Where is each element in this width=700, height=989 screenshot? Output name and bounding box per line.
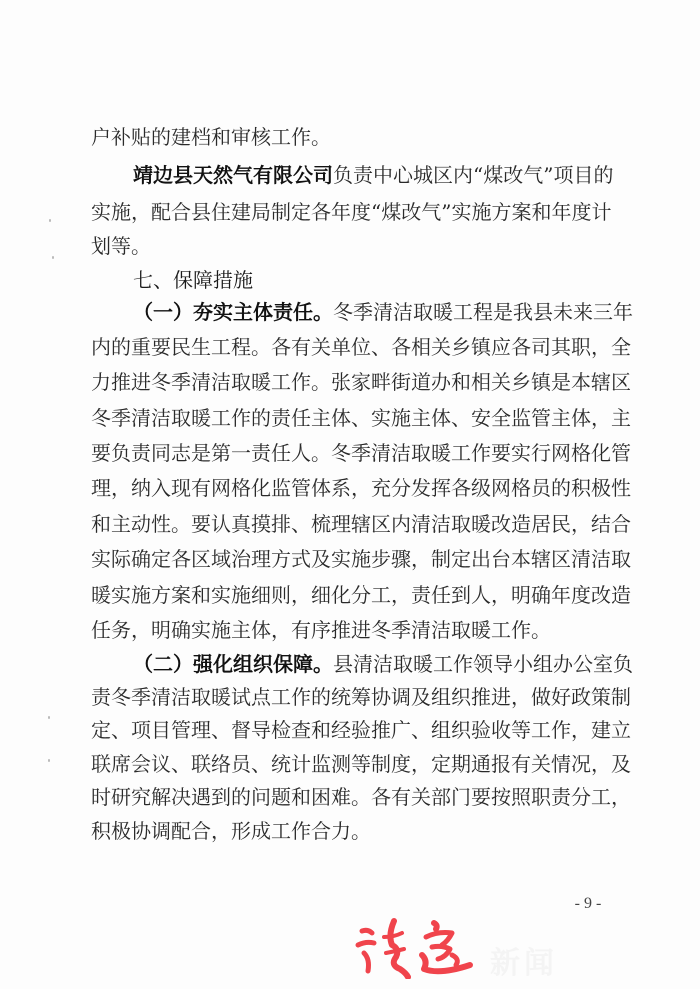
paragraph-line: 户补贴的建档和审核工作。 xyxy=(91,122,603,152)
paragraph-first-line: （一）夯实主体责任。冬季清洁取暖工程是我县未来三年 xyxy=(133,297,603,327)
scan-speck xyxy=(49,219,51,222)
paragraph-line: 实施，配合县住建局制定各年度“煤改气”实施方案和年度计 xyxy=(91,197,603,227)
paragraph-line: 责冬季清洁取暖试点工作的统筹协调及组织推进，做好政策制 xyxy=(91,682,603,712)
page-number: - 9 - xyxy=(566,895,610,913)
paragraph-line: 力推进冬季清洁取暖工作。张家畔街道办和相关乡镇是本辖区 xyxy=(91,367,603,397)
paragraph-line: 实际确定各区域治理方式及实施步骤，制定出台本辖区清洁取 xyxy=(91,544,603,574)
paragraph-line: 任务，明确实施主体，有序推进冬季清洁取暖工作。 xyxy=(91,615,603,645)
scan-speck xyxy=(52,256,54,259)
paragraph-text: 负责中心城区内“煤改气”项目的 xyxy=(333,163,613,187)
scan-speck xyxy=(48,716,50,719)
paragraph-first-line: 靖边县天然气有限公司负责中心城区内“煤改气”项目的 xyxy=(133,160,603,190)
paragraph-line: 理，纳入现有网格化监管体系，充分发挥各级网格员的积极性 xyxy=(91,473,603,503)
paragraph-line: 要负责同志是第一责任人。冬季清洁取暖工作要实行网格化管 xyxy=(91,438,603,468)
paragraph-line: 和主动性。要认真摸排、梳理辖区内清洁取暖改造居民，结合 xyxy=(91,509,603,539)
paragraph-line: 联席会议、联络员、统计监测等制度，定期通报有关情况，及 xyxy=(91,749,603,779)
lead-bold-text: （一）夯实主体责任。 xyxy=(133,300,333,324)
paragraph-line: 定、项目管理、督导检查和经验推广、组织验收等工作，建立 xyxy=(91,715,603,745)
paragraph-first-line: （二）强化组织保障。县清洁取暖工作领导小组办公室负 xyxy=(133,649,603,679)
paragraph-line: 划等。 xyxy=(91,231,603,261)
lead-bold-text: 靖边县天然气有限公司 xyxy=(133,163,333,187)
watermark-text: 新闻 xyxy=(490,938,670,978)
scan-speck xyxy=(48,759,50,762)
document-page: 户补贴的建档和审核工作。 靖边县天然气有限公司负责中心城区内“煤改气”项目的 实… xyxy=(0,0,700,989)
jingbian-logo-icon xyxy=(352,915,482,979)
paragraph-line: 内的重要民生工程。各有关单位、各相关乡镇应各司其职，全 xyxy=(91,332,603,362)
section-heading: 七、保障措施 xyxy=(133,265,253,295)
paragraph-text: 冬季清洁取暖工程是我县未来三年 xyxy=(333,300,633,324)
lead-bold-text: （二）强化组织保障。 xyxy=(133,652,333,676)
paragraph-text: 县清洁取暖工作领导小组办公室负 xyxy=(333,652,633,676)
paragraph-line: 冬季清洁取暖工作的责任主体、实施主体、安全监管主体，主 xyxy=(91,403,603,433)
paragraph-line: 暖实施方案和实施细则，细化分工，责任到人，明确年度改造 xyxy=(91,580,603,610)
paragraph-line: 积极协调配合，形成工作合力。 xyxy=(91,816,603,846)
paragraph-line: 时研究解决遇到的问题和困难。各有关部门要按照职责分工， xyxy=(91,782,603,812)
